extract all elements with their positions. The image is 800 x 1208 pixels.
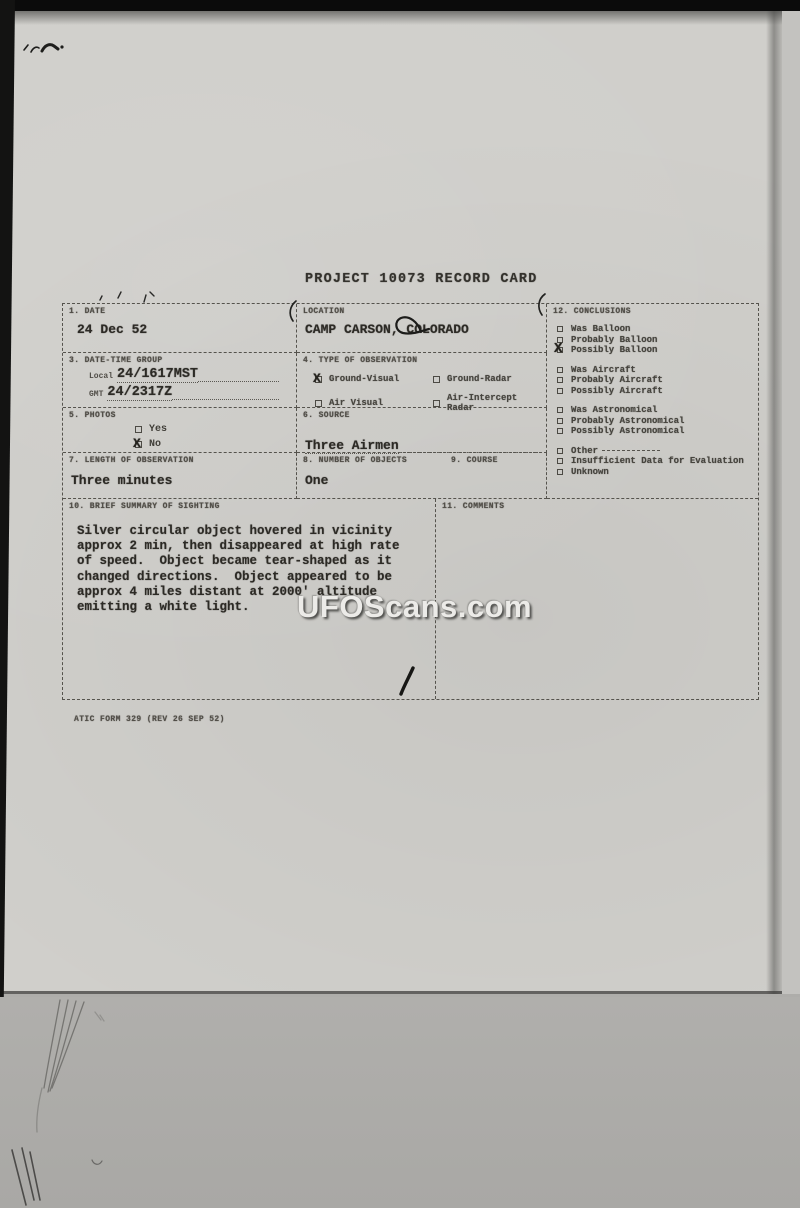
checkbox-icon xyxy=(557,326,563,332)
summary-line: Silver circular object hovered in vicini… xyxy=(77,524,435,539)
scan-top-shadow xyxy=(0,11,800,25)
field-length-label: 7. LENGTH OF OBSERVATION xyxy=(63,453,296,465)
scan-right-margin xyxy=(782,11,800,994)
checkbox-icon xyxy=(557,448,563,454)
field-dtg-label: 3. DATE-TIME GROUP xyxy=(63,353,296,365)
scan-right-fold-shadow xyxy=(766,11,782,994)
form-number: ATIC FORM 329 (REV 26 SEP 52) xyxy=(74,715,225,724)
checkbox-icon xyxy=(557,388,563,394)
checkbox-icon xyxy=(557,347,563,353)
dtg-local-key: Local xyxy=(89,372,113,383)
field-number-value: One xyxy=(305,473,445,488)
other-write-in-rule xyxy=(602,450,660,451)
scanned-document-page: { "page": { "watermark": "UFOScans.com",… xyxy=(0,0,800,1208)
field-date-value: 24 Dec 52 xyxy=(77,322,296,337)
checkbox-icon xyxy=(557,428,563,434)
watermark: UFOScans.com xyxy=(297,589,532,625)
dtg-dotted-rule xyxy=(198,381,279,382)
conclusion-label: Probably Astronomical xyxy=(571,416,684,426)
dtg-gmt-value: 24/2317Z xyxy=(107,385,172,401)
dtg-gmt-key: GMT xyxy=(89,390,103,401)
checkbox-icon xyxy=(557,458,563,464)
option-ground-radar: Ground-Radar xyxy=(433,374,546,384)
conclusion-probably-astronomical: Probably Astronomical xyxy=(557,416,758,427)
conclusion-label: Possibly Balloon xyxy=(571,345,657,355)
conclusion-was-balloon: Was Balloon xyxy=(557,324,758,335)
scan-black-edge-top xyxy=(0,0,800,11)
conclusion-other: Other xyxy=(557,446,758,457)
conclusion-unknown: Unknown xyxy=(557,467,758,478)
summary-line: changed directions. Object appeared to b… xyxy=(77,570,435,585)
option-label: Ground-Radar xyxy=(447,374,512,384)
field-number-of-objects: 8. NUMBER OF OBJECTS One xyxy=(297,453,445,488)
option-label: Yes xyxy=(149,424,167,435)
option-label: No xyxy=(149,439,161,450)
field-course: 9. COURSE xyxy=(445,453,546,488)
field-source: 6. SOURCE Three Airmen xyxy=(297,408,547,453)
field-photos: 5. PHOTOS Yes No xyxy=(63,408,297,453)
checkbox-icon xyxy=(557,469,563,475)
summary-line: approx 2 min, then disappeared at high r… xyxy=(77,539,435,554)
checkbox-icon xyxy=(135,426,142,433)
conclusion-label: Other xyxy=(571,446,598,456)
option-label: Air Visual xyxy=(329,398,383,408)
checkbox-icon xyxy=(433,376,440,383)
conclusion-label: Was Balloon xyxy=(571,324,630,334)
conclusion-label: Insufficient Data for Evaluation xyxy=(571,456,744,466)
field-source-value: Three Airmen xyxy=(305,438,399,454)
field-source-label: 6. SOURCE xyxy=(297,408,546,420)
field-course-label: 9. COURSE xyxy=(445,453,546,465)
option-photos-yes: Yes xyxy=(135,424,296,435)
field-conclusions: 12. CONCLUSIONS Was Balloon Probably Bal… xyxy=(547,304,758,499)
checkbox-icon xyxy=(557,418,563,424)
field-type-of-observation: 4. TYPE OF OBSERVATION Ground-Visual Gro… xyxy=(297,353,547,408)
conclusion-was-astronomical: Was Astronomical xyxy=(557,405,758,416)
option-label: Ground-Visual xyxy=(329,374,399,384)
source-value-row: Three Airmen xyxy=(305,438,538,454)
conclusion-label: Was Aircraft xyxy=(571,365,636,375)
scan-bottom-backing xyxy=(0,997,800,1208)
dtg-gmt-row: GMT 24/2317Z xyxy=(89,385,279,401)
conclusion-probably-aircraft: Probably Aircraft xyxy=(557,375,758,386)
field-observation-label: 4. TYPE OF OBSERVATION xyxy=(297,353,546,365)
card-title: PROJECT 10073 RECORD CARD xyxy=(305,272,538,287)
checkbox-icon xyxy=(315,400,322,407)
conclusion-label: Probably Aircraft xyxy=(571,375,663,385)
conclusion-label: Possibly Aircraft xyxy=(571,386,663,396)
conclusion-label: Probably Balloon xyxy=(571,335,657,345)
conclusion-possibly-aircraft: Possibly Aircraft xyxy=(557,386,758,397)
summary-line: of speed. Object became tear-shaped as i… xyxy=(77,554,435,569)
dtg-dotted-rule xyxy=(172,399,279,400)
conclusion-possibly-balloon: Possibly Balloon xyxy=(557,345,758,356)
checkbox-icon xyxy=(433,400,440,407)
field-number-and-course: 8. NUMBER OF OBJECTS One 9. COURSE xyxy=(297,453,547,499)
conclusion-label: Possibly Astronomical xyxy=(571,426,684,436)
conclusions-list: Was Balloon Probably Balloon Possibly Ba… xyxy=(557,324,758,477)
field-summary-label: 10. BRIEF SUMMARY OF SIGHTING xyxy=(63,499,435,511)
conclusion-insufficient-data: Insufficient Data for Evaluation xyxy=(557,456,758,467)
conclusion-label: Was Astronomical xyxy=(571,405,657,415)
field-number-label: 8. NUMBER OF OBJECTS xyxy=(297,453,445,465)
field-conclusions-label: 12. CONCLUSIONS xyxy=(547,304,758,316)
conclusion-was-aircraft: Was Aircraft xyxy=(557,365,758,376)
conclusion-probably-balloon: Probably Balloon xyxy=(557,335,758,346)
dtg-local-value: 24/1617MST xyxy=(117,367,198,383)
field-date-time-group: 3. DATE-TIME GROUP Local 24/1617MST GMT … xyxy=(63,353,297,408)
checkbox-icon xyxy=(557,407,563,413)
field-photos-label: 5. PHOTOS xyxy=(63,408,296,420)
checkbox-icon xyxy=(557,367,563,373)
photos-options: Yes No xyxy=(135,424,296,450)
field-location: LOCATION CAMP CARSON, COLORADO xyxy=(297,304,547,353)
field-location-label: LOCATION xyxy=(297,304,546,316)
conclusion-possibly-astronomical: Possibly Astronomical xyxy=(557,426,758,437)
field-comments-label: 11. COMMENTS xyxy=(436,499,758,511)
field-location-value: CAMP CARSON, COLORADO xyxy=(305,322,546,337)
dtg-local-row: Local 24/1617MST xyxy=(89,367,279,383)
checkbox-icon xyxy=(135,441,142,448)
option-photos-no: No xyxy=(135,439,296,450)
checkbox-icon xyxy=(315,376,322,383)
field-date-label: 1. DATE xyxy=(63,304,296,316)
conclusion-label: Unknown xyxy=(571,467,609,477)
option-ground-visual: Ground-Visual xyxy=(315,374,433,384)
field-date: 1. DATE 24 Dec 52 xyxy=(63,304,297,353)
checkbox-icon xyxy=(557,377,563,383)
field-length-of-observation: 7. LENGTH OF OBSERVATION Three minutes xyxy=(63,453,297,499)
field-length-value: Three minutes xyxy=(71,473,296,488)
record-card: 1. DATE 24 Dec 52 LOCATION CAMP CARSON, … xyxy=(62,303,759,700)
